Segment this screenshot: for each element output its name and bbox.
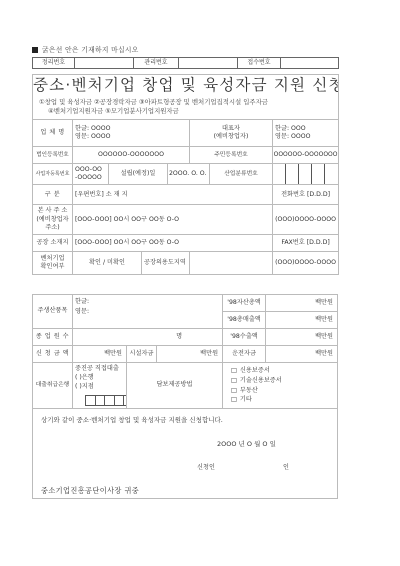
- hq-address-field[interactable]: [OOO-OOO] OO시 OO구 OO동 O-O: [73, 205, 273, 235]
- bank-label: 대출취급은행: [33, 363, 73, 409]
- collateral-options: 신용보증서 기술신용보증서 부동산 기타: [223, 363, 338, 409]
- assets-field[interactable]: 백만원: [266, 295, 338, 312]
- notice-label: 굵은선 안은 기재하지 마십시오: [42, 46, 139, 54]
- product-en: 영문:: [75, 308, 220, 316]
- industry-code-digit-1[interactable]: [273, 164, 286, 185]
- biz-reg-field[interactable]: OOO-OO -OOOOO: [73, 164, 109, 185]
- phone-header: 전화번호 [D.D.D]: [273, 185, 339, 205]
- collateral-option-credit-guarantee[interactable]: 신용보증서: [231, 366, 335, 376]
- venture-check-label: 벤처기업 확인여부: [33, 252, 73, 275]
- company-name-field[interactable]: 한글: OOOO 영문: OOOO: [73, 120, 190, 147]
- product-label: 주생산품목: [33, 295, 73, 329]
- request-amount-field[interactable]: 백만원: [73, 346, 127, 363]
- finance-table: 주생산품목 한글: 영문: '98자산총액 백만원 '98총매출액 백만원 종 …: [32, 294, 338, 499]
- collateral-option-other[interactable]: 기타: [231, 395, 335, 405]
- product-kr: 한글:: [75, 298, 220, 306]
- applicant-signature: 신청인인: [197, 465, 329, 471]
- resident-reg-label: 주민등록번호: [190, 147, 273, 164]
- facility-fund-label: 시설자금: [127, 346, 157, 363]
- representative-label-line2: (예비창업자): [192, 133, 270, 141]
- rep-name-en: 영문: OOOO: [275, 133, 336, 141]
- industry-code-label: 산업분류번호: [210, 164, 273, 185]
- hq-label-1: 본 사 주 소: [35, 207, 70, 215]
- request-amount-label: 신 청 금 액: [33, 346, 73, 363]
- venture-status-field[interactable]: 확인 / 미확인: [73, 252, 142, 275]
- collateral-option-real-estate[interactable]: 부동산: [231, 386, 335, 396]
- representative-label: 대표자 (예비창업자): [190, 120, 273, 147]
- company-name-en: 영문: OOOO: [75, 133, 187, 141]
- corp-reg-label: 법인등록번호: [33, 147, 73, 164]
- form-title: 중소·벤처기업 창업 및 육성자금 지원 신청서: [33, 75, 339, 96]
- bank-name-field[interactable]: ( )은행: [75, 374, 124, 383]
- management-number-label: 관리번호: [134, 58, 179, 69]
- product-field[interactable]: 한글: 영문:: [73, 295, 223, 329]
- zoning-field[interactable]: [190, 252, 273, 275]
- industry-code-digit-5[interactable]: [325, 164, 339, 185]
- facility-fund-field[interactable]: 백만원: [157, 346, 223, 363]
- bank-code-boxes[interactable]: [85, 395, 127, 406]
- receipt-number-label: 접수번호: [238, 58, 281, 69]
- export-label: '98수출액: [223, 329, 266, 346]
- office-use-header-table: 정리번호 관리번호 접수번호: [32, 57, 339, 69]
- address-header: [우편번호] 소 재 지: [73, 185, 273, 205]
- hq-label-3: 주소): [35, 224, 70, 232]
- addressee: 중소기업진흥공단이사장 귀중: [41, 487, 329, 494]
- founded-label: 설립(예정)일: [109, 164, 168, 185]
- section-label: 구 분: [33, 185, 73, 205]
- management-number-field[interactable]: [179, 58, 238, 69]
- applicant-label: 신청인: [197, 464, 215, 471]
- application-form-table: 중소·벤처기업 창업 및 육성자금 지원 신청서 ①창업 및 육성자금 ②공장경…: [32, 74, 339, 275]
- collateral-option-tech-guarantee[interactable]: 기술신용보증서: [231, 376, 335, 386]
- filing-number-label: 정리번호: [33, 58, 75, 69]
- hq-label-2: (예비창업자: [35, 216, 70, 224]
- biz-reg-value-1: OOO-OO: [75, 166, 106, 174]
- hq-address-label: 본 사 주 소 (예비창업자 주소): [33, 205, 73, 235]
- employees-label: 종 업 원 수: [33, 329, 73, 346]
- export-field[interactable]: 백만원: [266, 329, 338, 346]
- corp-reg-field[interactable]: OOOOOO-OOOOOOO: [73, 147, 190, 164]
- filing-number-field[interactable]: [75, 58, 134, 69]
- declaration-section: 상기와 같이 중소·벤처기업 창업 및 육성자금 지원을 신청합니다. 2OOO…: [33, 409, 338, 499]
- industry-code-digit-3[interactable]: [299, 164, 312, 185]
- branch-name-field[interactable]: ( )지점: [75, 383, 124, 392]
- biz-reg-value-2: -OOOOO: [75, 174, 106, 182]
- fax-number-field[interactable]: (OOO)OOOO-OOOO: [273, 252, 339, 275]
- fund-types-line-2: ④벤처기업지원자금 ⑤모기업분사기업지원자금: [39, 107, 332, 116]
- collateral-label: 담보제공방법: [127, 363, 223, 409]
- industry-code-digit-2[interactable]: [286, 164, 299, 185]
- operating-fund-field[interactable]: 백만원: [266, 346, 338, 363]
- bank-field[interactable]: 중진공 직접대출 ( )은행 ( )지점: [73, 363, 127, 409]
- zoning-label: 공장의용도지역: [142, 252, 190, 275]
- employees-field[interactable]: 명: [73, 329, 223, 346]
- sales-label: '98총매출액: [223, 312, 266, 329]
- notice-text: 굵은선 안은 기재하지 마십시오: [32, 44, 139, 54]
- fund-types-line-1: ①창업 및 육성자금 ②공장경락자금 ③아파트형공장 및 벤처기업집적시설 입주…: [39, 98, 332, 107]
- fund-types-list: ①창업 및 육성자금 ②공장경락자금 ③아파트형공장 및 벤처기업집적시설 입주…: [33, 96, 339, 120]
- receipt-number-field[interactable]: [281, 58, 339, 69]
- sales-field[interactable]: 백만원: [266, 312, 338, 329]
- operating-fund-label: 운전자금: [223, 346, 266, 363]
- resident-reg-field[interactable]: OOOOOO-OOOOOOO: [273, 147, 339, 164]
- square-bullet-icon: [32, 47, 38, 53]
- seal-label: 인: [283, 464, 289, 471]
- fax-label: FAX번호 [D.D.D]: [273, 235, 339, 252]
- hq-phone-field[interactable]: (OOO)OOOO-OOOO: [273, 205, 339, 235]
- declaration-text: 상기와 같이 중소·벤처기업 창업 및 육성자금 지원을 신청합니다.: [41, 416, 223, 424]
- factory-address-field[interactable]: [OOO-OOO] OO시 OO구 OO동 O-O: [73, 235, 273, 252]
- founded-date-field[interactable]: 2OOO. O. O.: [168, 164, 210, 185]
- venture-label-2: 확인여부: [35, 263, 70, 271]
- bank-direct-loan: 중진공 직접대출: [75, 365, 124, 374]
- assets-label: '98자산총액: [223, 295, 266, 312]
- biz-reg-label: 사업자등록번호: [33, 164, 73, 185]
- company-name-label: 업 체 명: [33, 120, 73, 147]
- representative-name-field[interactable]: 한글: OOO 영문: OOOO: [273, 120, 339, 147]
- factory-location-label: 공장 소재지: [33, 235, 73, 252]
- industry-code-digit-4[interactable]: [312, 164, 325, 185]
- application-date[interactable]: 2OOO 년 O 월 O 일: [217, 441, 329, 448]
